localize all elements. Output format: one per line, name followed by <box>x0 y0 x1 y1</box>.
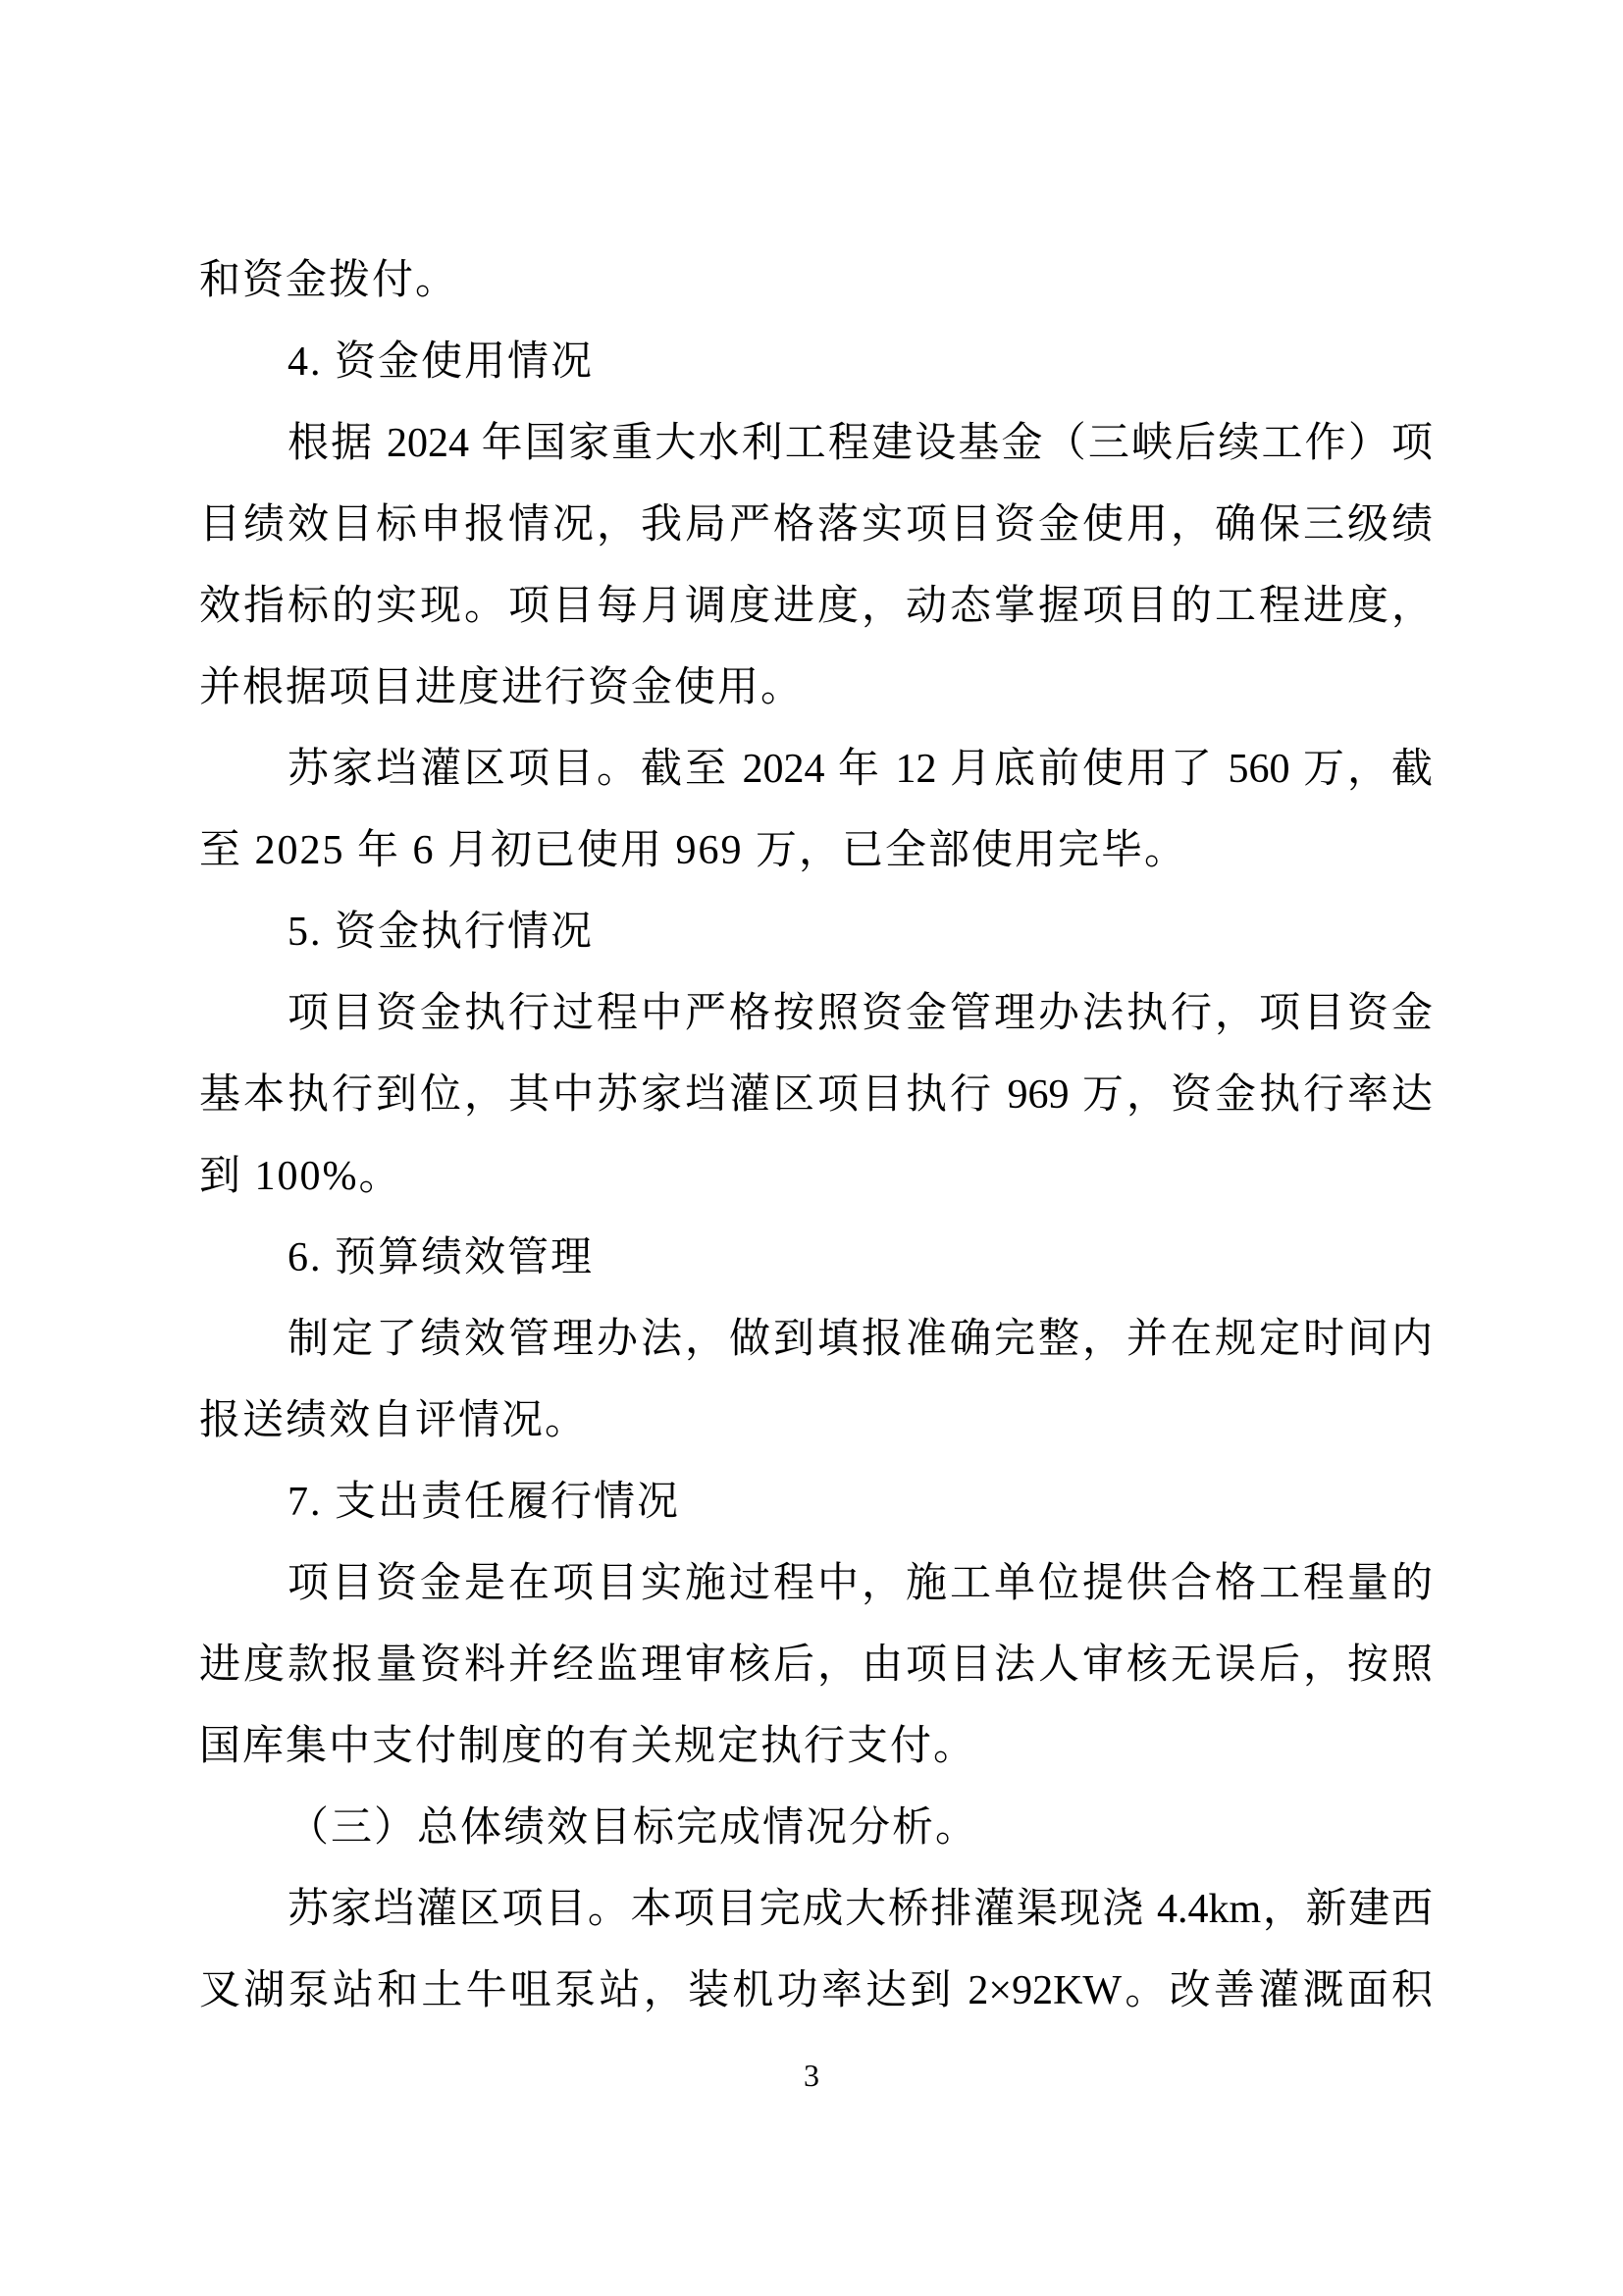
text-line: 制定了绩效管理办法，做到填报准确完整，并在规定时间内 <box>199 1299 1433 1381</box>
text-line: 到 100%。 <box>199 1136 1433 1218</box>
text-line: 和资金拨付。 <box>199 240 1433 322</box>
text-line: 6. 预算绩效管理 <box>199 1218 1433 1299</box>
text-line: 效指标的实现。项目每月调度进度，动态掌握项目的工程进度， <box>199 566 1433 648</box>
text-line: 根据 2024 年国家重大水利工程建设基金（三峡后续工作）项 <box>199 403 1433 485</box>
text-line: 至 2025 年 6 月初已使用 969 万，已全部使用完毕。 <box>199 810 1433 892</box>
text-line: 4. 资金使用情况 <box>199 322 1433 403</box>
text-line: 7. 支出责任履行情况 <box>199 1462 1433 1543</box>
text-line: 并根据项目进度进行资金使用。 <box>199 648 1433 729</box>
text-line: 国库集中支付制度的有关规定执行支付。 <box>199 1706 1433 1788</box>
text-line: 苏家垱灌区项目。本项目完成大桥排灌渠现浇 4.4km，新建西 <box>199 1869 1433 1951</box>
text-line: 基本执行到位，其中苏家垱灌区项目执行 969 万，资金执行率达 <box>199 1055 1433 1136</box>
text-line: 目绩效目标申报情况，我局严格落实项目资金使用，确保三级绩 <box>199 485 1433 566</box>
text-line: 5. 资金执行情况 <box>199 892 1433 973</box>
document-body: 和资金拨付。4. 资金使用情况根据 2024 年国家重大水利工程建设基金（三峡后… <box>199 240 1433 2032</box>
document-page: 和资金拨付。4. 资金使用情况根据 2024 年国家重大水利工程建设基金（三峡后… <box>0 0 1623 2296</box>
text-line: 进度款报量资料并经监理审核后，由项目法人审核无误后，按照 <box>199 1625 1433 1706</box>
text-line: 叉湖泵站和土牛咀泵站，装机功率达到 2×92KW。改善灌溉面积 <box>199 1951 1433 2032</box>
text-line: 项目资金执行过程中严格按照资金管理办法执行，项目资金 <box>199 973 1433 1055</box>
text-line: 报送绩效自评情况。 <box>199 1381 1433 1462</box>
page-number: 3 <box>0 2056 1623 2095</box>
text-line: （三）总体绩效目标完成情况分析。 <box>199 1788 1433 1869</box>
text-line: 苏家垱灌区项目。截至 2024 年 12 月底前使用了 560 万，截 <box>199 729 1433 810</box>
text-line: 项目资金是在项目实施过程中，施工单位提供合格工程量的 <box>199 1543 1433 1625</box>
